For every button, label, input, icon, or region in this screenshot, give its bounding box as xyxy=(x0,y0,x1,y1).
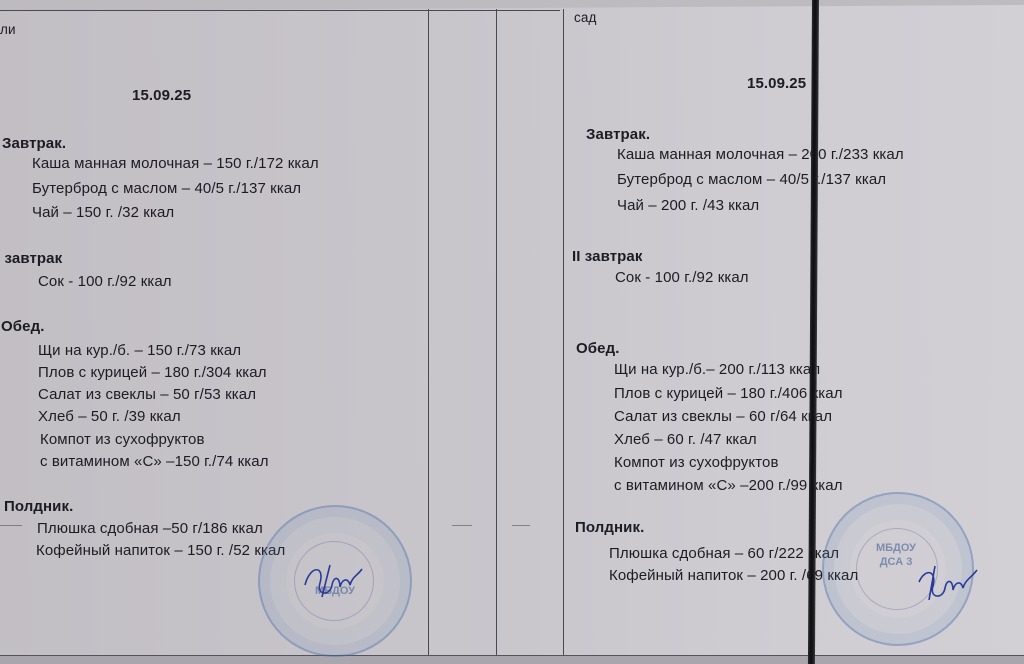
section-title-second-breakfast: I завтрак xyxy=(0,250,62,267)
menu-date: 15.09.25 xyxy=(132,87,191,104)
background-bottom xyxy=(0,656,1024,664)
menu-item: Чай – 150 г. /32 ккал xyxy=(32,204,174,221)
menu-item: Кофейный напиток – 200 г. /69 ккал xyxy=(609,567,858,584)
menu-item: Каша манная молочная – 200 г./233 ккал xyxy=(617,146,904,163)
menu-item: Плов с курицей – 180 г./304 ккал xyxy=(38,364,267,381)
section-title-breakfast: Завтрак. xyxy=(586,126,650,143)
column-divider xyxy=(428,9,429,659)
section-title-lunch: Обед. xyxy=(576,340,619,357)
ink-mark xyxy=(512,525,530,526)
header-fragment: сад xyxy=(574,10,596,25)
section-title-breakfast: Завтрак. xyxy=(2,135,66,152)
stamp-text-line: МБДОУ xyxy=(866,542,926,555)
table-top-border xyxy=(0,10,560,11)
section-title-snack: Полдник. xyxy=(575,519,644,536)
menu-item: Сок - 100 г./92 ккал xyxy=(38,273,172,290)
signature xyxy=(300,555,370,605)
ink-mark xyxy=(452,525,472,526)
menu-item: Хлеб – 50 г. /39 ккал xyxy=(38,408,181,425)
menu-item: Щи на кур./б. – 150 г./73 ккал xyxy=(38,342,241,359)
menu-item: с витамином «С» –150 г./74 ккал xyxy=(40,453,269,470)
menu-date: 15.09.25 xyxy=(747,75,806,92)
section-title-second-breakfast: II завтрак xyxy=(572,248,643,265)
menu-item: Щи на кур./б.– 200 г./113 ккал xyxy=(614,361,820,378)
menu-item: Компот из сухофруктов xyxy=(614,454,779,471)
ink-mark xyxy=(0,525,22,526)
menu-item: Плюшка сдобная –50 г/186 ккал xyxy=(37,520,263,537)
menu-item: Хлеб – 60 г. /47 ккал xyxy=(614,431,757,448)
header-fragment: ли xyxy=(0,22,16,37)
menu-item: Бутерброд с маслом – 40/5 г./137 ккал xyxy=(32,180,301,197)
section-title-lunch: Обед. xyxy=(1,318,44,335)
menu-item: Компот из сухофруктов xyxy=(40,431,205,448)
menu-item: Бутерброд с маслом – 40/5 г./137 ккал xyxy=(617,171,886,188)
signature xyxy=(915,562,985,607)
menu-item: Каша манная молочная – 150 г./172 ккал xyxy=(32,155,319,172)
column-divider xyxy=(563,9,564,659)
menu-item: Плов с курицей – 180 г./406 ккал xyxy=(614,385,843,402)
menu-item: Сок - 100 г./92 ккал xyxy=(615,269,749,286)
section-title-snack: Полдник. xyxy=(4,498,73,515)
menu-item: Плюшка сдобная – 60 г/222 ккал xyxy=(609,545,839,562)
menu-item: Чай – 200 г. /43 ккал xyxy=(617,197,759,214)
column-divider xyxy=(496,9,497,659)
menu-item: Салат из свеклы – 50 г/53 ккал xyxy=(38,386,256,403)
menu-item: Кофейный напиток – 150 г. /52 ккал xyxy=(36,542,285,559)
menu-item: Салат из свеклы – 60 г/64 ккал xyxy=(614,408,832,425)
